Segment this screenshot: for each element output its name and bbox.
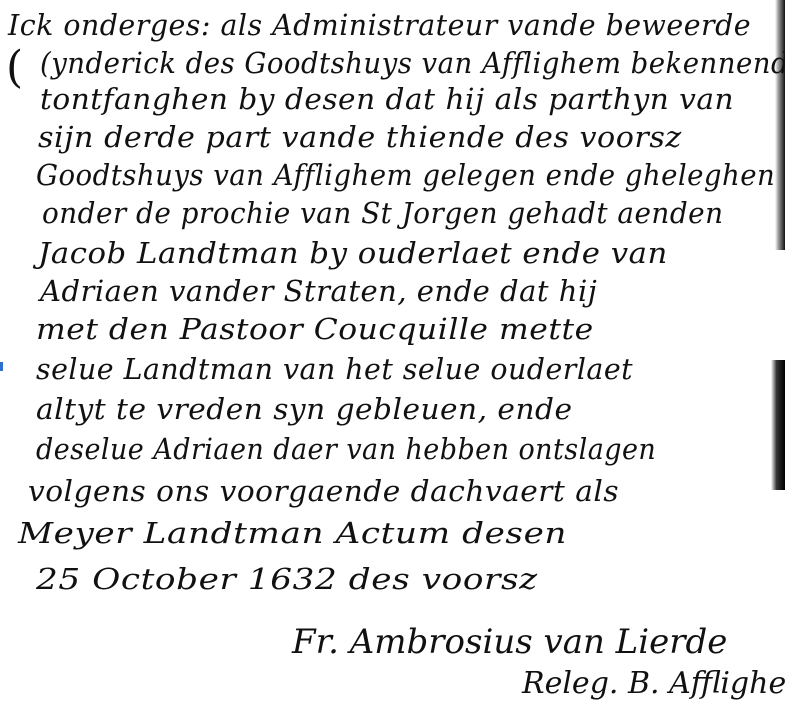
margin-marker <box>0 362 3 371</box>
manuscript-line-9: met den Pastoor Coucquille mette <box>36 312 594 346</box>
page-edge-shadow <box>775 0 785 250</box>
manuscript-page: Ick onderges: als Administrateur vande b… <box>0 0 785 728</box>
manuscript-line-5: Goodtshuys van Afflighem gelegen ende gh… <box>36 158 775 192</box>
open-paren-glyph: ( <box>6 42 23 93</box>
manuscript-line-10: selue Landtman van het selue ouderlaet <box>36 352 633 386</box>
manuscript-line-1: Ick onderges: als Administrateur vande b… <box>8 8 751 42</box>
manuscript-line-7: Jacob Landtman by ouderlaet ende van <box>38 236 668 270</box>
manuscript-line-6: onder de prochie van St Jorgen gehadt ae… <box>42 196 723 230</box>
manuscript-line-3: tontfanghen by desen dat hij als parthyn… <box>40 82 734 116</box>
manuscript-line-2: (ynderick des Goodtshuys van Afflighem b… <box>40 46 785 80</box>
manuscript-line-15-date: 25 October 1632 des voorsz <box>36 562 538 596</box>
signature-title: Releg. B. Afflighem <box>522 666 785 701</box>
manuscript-line-4: sijn derde part vande thiende des voorsz <box>38 120 682 154</box>
manuscript-line-14: Meyer Landtman Actum desen <box>18 516 567 550</box>
manuscript-line-12: deselue Adriaen daer van hebben ontslage… <box>36 432 656 466</box>
manuscript-line-13: volgens ons voorgaende dachvaert als <box>28 474 619 508</box>
page-edge-shadow-lower <box>771 360 785 490</box>
manuscript-line-11: altyt te vreden syn gebleuen, ende <box>36 392 572 426</box>
signature-name: Fr. Ambrosius van Lierde <box>292 622 727 662</box>
manuscript-line-8: Adriaen vander Straten, ende dat hij <box>40 274 597 308</box>
